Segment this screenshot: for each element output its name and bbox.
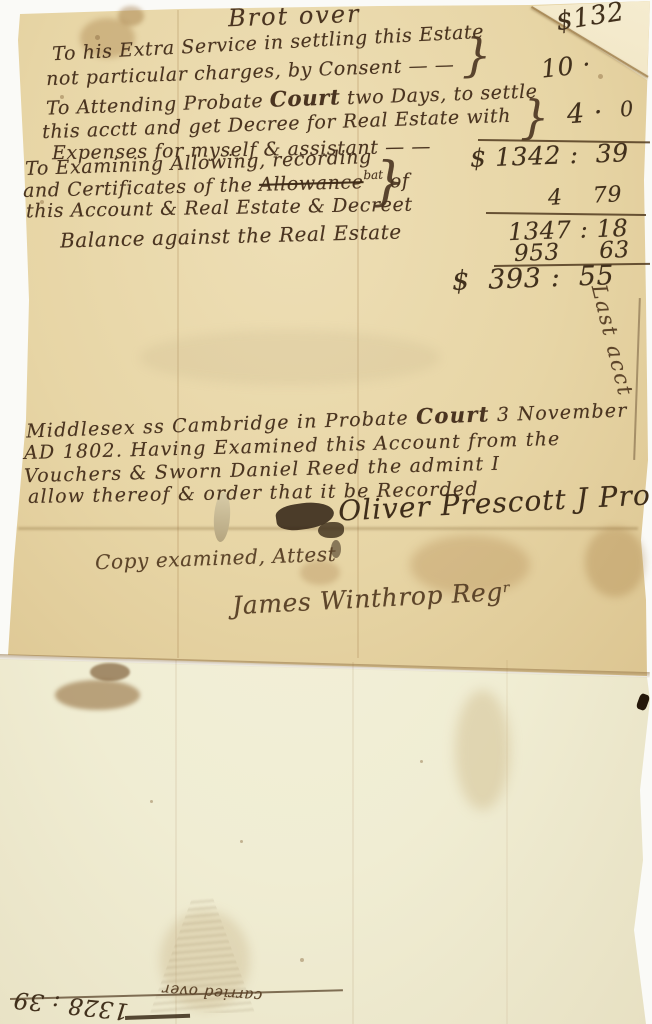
speck	[240, 840, 243, 843]
entry2-amount-cents: 0	[619, 96, 635, 121]
vertical-fold-crease	[506, 660, 508, 1024]
age-stain	[118, 6, 144, 26]
speck	[95, 35, 100, 40]
subtotal-amount: $ 1342 : 39	[470, 138, 630, 173]
probate-line1-court: Court	[416, 402, 490, 430]
speck	[598, 74, 603, 79]
entry2-line1-court: Court	[269, 85, 340, 112]
entry2-brace: }	[520, 90, 550, 144]
entry3-amount: 4 79	[547, 182, 622, 211]
entry2-amount-dollars: 4 ·	[566, 97, 604, 130]
scanned-document: Brot over $132 To his Extra Service in s…	[0, 0, 652, 1024]
ink-showthrough	[140, 330, 440, 385]
entry1-amount: 10 ·	[540, 49, 593, 83]
probate-line1-post: 3 November	[489, 400, 628, 427]
entry3-struck-word: Allowance	[259, 171, 364, 196]
entry3-brace: }	[372, 152, 406, 212]
register-signature-superscript: r	[502, 579, 510, 595]
entry1-brace: }	[462, 28, 492, 82]
age-stain	[90, 663, 130, 681]
speck	[420, 760, 423, 763]
vertical-fold-crease	[352, 662, 354, 1024]
speck	[300, 958, 304, 962]
age-stain	[585, 527, 645, 597]
age-stain	[55, 680, 140, 710]
age-stain	[455, 690, 510, 810]
speck	[150, 800, 153, 803]
